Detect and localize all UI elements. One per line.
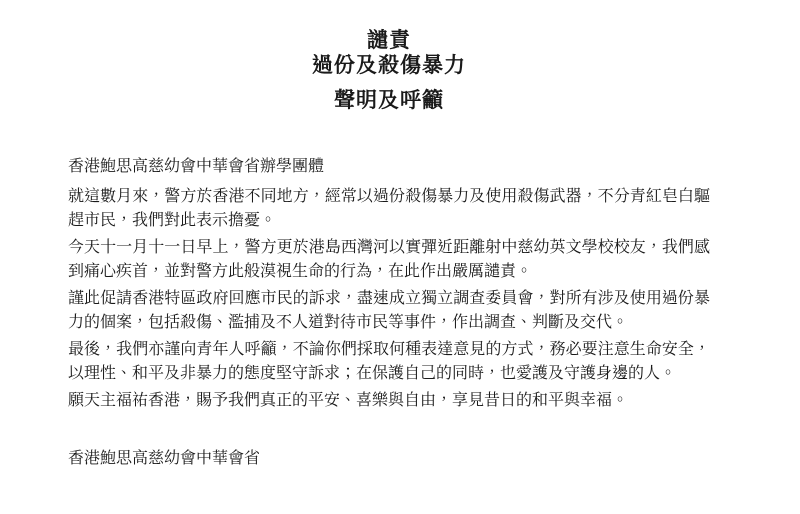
statement-paragraph-4: 最後，我們亦謹向青年人呼籲，不論你們採取何種表達意見的方式，務必要注意生命安全，… bbox=[68, 338, 710, 386]
signature-line: 香港鮑思高慈幼會中華會省 bbox=[68, 447, 710, 471]
statement-paragraph-5: 願天主福祐香港，賜予我們真正的平安、喜樂與自由，享見昔日的和平與幸福。 bbox=[68, 389, 710, 413]
statement-paragraph-1: 就這數月來，警方於香港不同地方，經常以過份殺傷暴力及使用殺傷武器，不分青紅皂白驅… bbox=[68, 185, 710, 233]
title-line-2: 過份及殺傷暴力 bbox=[68, 53, 710, 78]
document-body: 香港鮑思高慈幼會中華會省辦學團體 就這數月來，警方於香港不同地方，經常以過份殺傷… bbox=[68, 155, 710, 471]
statement-paragraph-3: 謹此促請香港特區政府回應市民的訴求，盡速成立獨立調查委員會，對所有涉及使用過份暴… bbox=[68, 287, 710, 335]
title-line-3: 聲明及呼籲 bbox=[68, 88, 710, 113]
document-title: 譴責 過份及殺傷暴力 聲明及呼籲 bbox=[68, 28, 710, 113]
issuer-heading: 香港鮑思高慈幼會中華會省辦學團體 bbox=[68, 155, 710, 179]
document-page: 譴責 過份及殺傷暴力 聲明及呼籲 香港鮑思高慈幼會中華會省辦學團體 就這數月來，… bbox=[0, 0, 800, 514]
statement-paragraph-2: 今天十一月十一日早上，警方更於港島西灣河以實彈近距離射中慈幼英文學校校友，我們感… bbox=[68, 236, 710, 284]
title-line-1: 譴責 bbox=[68, 28, 710, 53]
